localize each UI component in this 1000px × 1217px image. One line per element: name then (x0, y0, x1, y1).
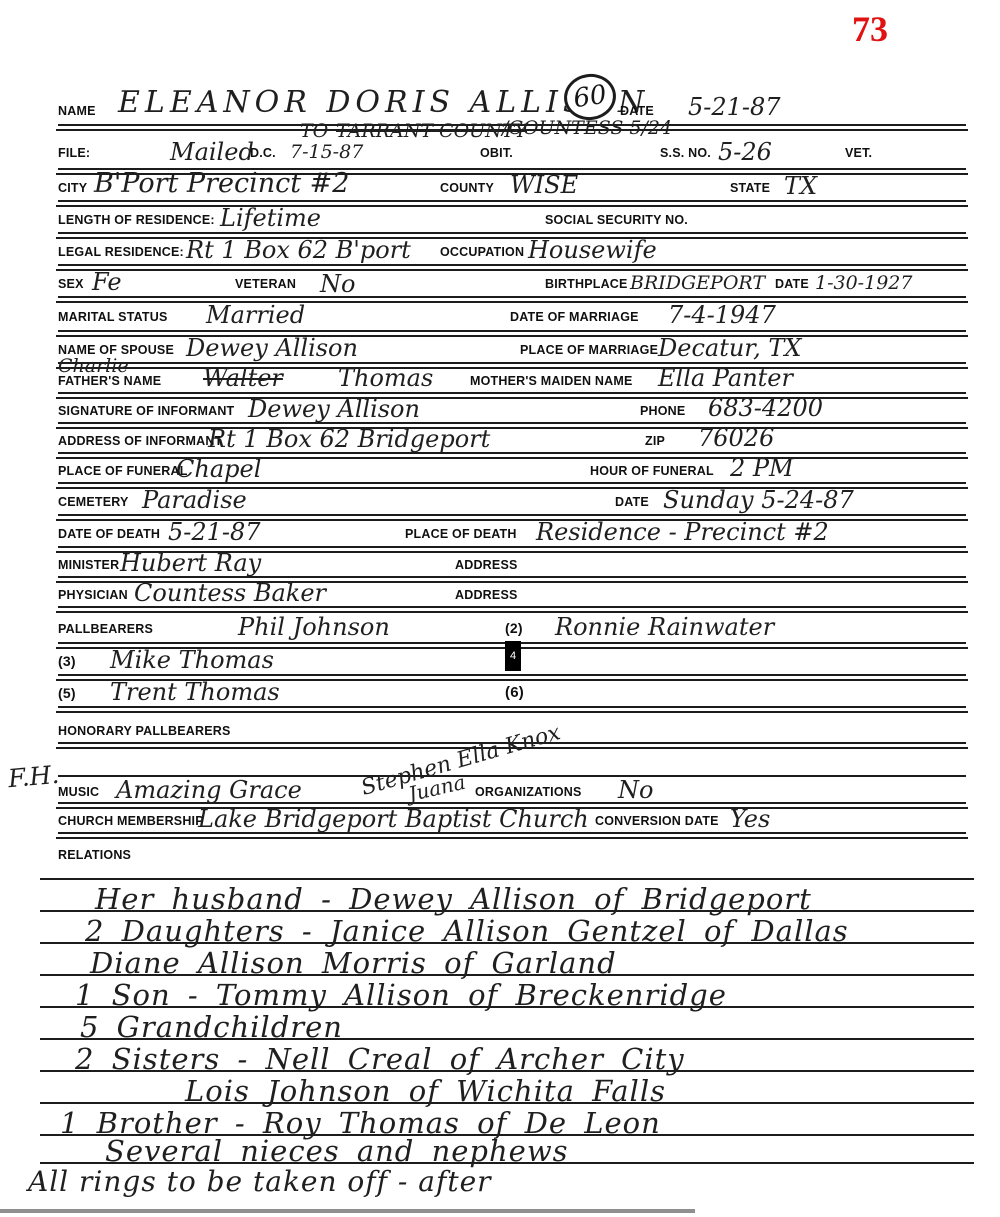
pallbearer-5-number: (5) (58, 685, 76, 701)
field-city-row: CITY B'Port Precinct #2 COUNTY Wise STAT… (58, 170, 966, 202)
physician-address-label: ADDRESS (455, 588, 518, 602)
pallbearer-1: Phil Johnson (238, 615, 390, 639)
church-value: Lake Bridgeport Baptist Church (198, 807, 589, 831)
informant-sig-label: SIGNATURE OF INFORMANT (58, 404, 234, 418)
bottom-note: All rings to be taken off - after (28, 1168, 492, 1196)
birthdate-value: 1-30-1927 (815, 274, 912, 293)
physician-value: Countess Baker (134, 581, 326, 605)
cemetery-label: CEMETERY (58, 495, 129, 509)
spouse-value: Dewey Allison (186, 336, 358, 360)
father-struck: Walter (203, 366, 283, 390)
relation-line: Lois Johnson of Wichita Falls (40, 1070, 974, 1104)
cemetery-value: Paradise (142, 488, 247, 512)
minister-value: Hubert Ray (120, 551, 261, 575)
obit-label: OBIT. (480, 146, 513, 160)
sex-value: Fe (92, 270, 122, 294)
phone-value: 683-4200 (708, 396, 823, 420)
funeral-place-label: PLACE OF FUNERAL (58, 464, 188, 478)
redaction-mark: 4 (505, 641, 521, 671)
informant-addr-label: ADDRESS OF INFORMANT (58, 434, 222, 448)
name-date-label: DATE (620, 104, 654, 118)
name-label: NAME (58, 104, 96, 118)
field-music-row: MUSIC Amazing Grace ORGANIZATIONS No (58, 780, 966, 804)
field-sex-row: SEX Fe VETERAN No BIRTHPLACE Bridgeport … (58, 270, 966, 298)
organizations-value: No (618, 778, 653, 802)
field-informant-signature-row: SIGNATURE OF INFORMANT Dewey Allison PHO… (58, 398, 966, 424)
death-place-value: Residence - Precinct #2 (536, 520, 829, 544)
music-value: Amazing Grace (116, 778, 302, 802)
legal-label: LEGAL RESIDENCE: (58, 245, 184, 259)
conversion-value: Yes (730, 807, 770, 831)
length-value: Lifetime (220, 206, 321, 230)
pallbearer-3: Mike Thomas (110, 648, 274, 672)
phone-label: PHONE (640, 404, 685, 418)
state-value: TX (784, 174, 817, 198)
city-value: B'Port Precinct #2 (94, 170, 350, 197)
ssn-label: S.S. NO. (660, 146, 711, 160)
field-spouse-row: NAME OF SPOUSE Dewey Allison PLACE OF MA… (58, 336, 966, 364)
honorary-label: HONORARY PALLBEARERS (58, 724, 231, 738)
vet-label: VET. (845, 146, 872, 160)
field-pallbearers-row-2: (3) Mike Thomas 4 (58, 648, 966, 676)
music-label: MUSIC (58, 785, 99, 799)
mother-label: MOTHER'S MAIDEN NAME (470, 374, 633, 388)
pallbearer-6-number: (6) (505, 684, 524, 701)
death-date-label: DATE OF DEATH (58, 527, 160, 541)
field-file-row: FILE: Mailed To Tarrant County /Countess… (58, 128, 966, 170)
dc-value: 7-15-87 (290, 143, 363, 162)
marriage-date-label: DATE OF MARRIAGE (510, 310, 639, 324)
occupation-value: Housewife (528, 238, 657, 262)
ssn-value: 5-26 (718, 140, 772, 164)
zip-label: ZIP (645, 434, 665, 448)
field-legal-row: LEGAL RESIDENCE: Rt 1 Box 62 B'port OCCU… (58, 238, 966, 266)
informant-sig-value: Dewey Allison (248, 397, 420, 421)
conversion-label: CONVERSION DATE (595, 814, 719, 828)
field-cemetery-row: CEMETERY Paradise DATE Sunday 5-24-87 (58, 488, 966, 516)
field-informant-address-row: ADDRESS OF INFORMANT Rt 1 Box 62 Bridgep… (58, 428, 966, 454)
relation-line: Diane Allison Morris of Garland (40, 942, 974, 976)
pallbearers-label: PALLBEARERS (58, 622, 153, 636)
father-label: FATHER'S NAME (58, 374, 161, 388)
pallbearer-5: Trent Thomas (110, 680, 280, 704)
state-label: STATE (730, 181, 770, 195)
county-label: COUNTY (440, 181, 494, 195)
file-note-suffix: /Countess 5/24 (502, 119, 672, 138)
church-label: CHURCH MEMBERSHIP (58, 814, 204, 828)
minister-label: MINISTER (58, 558, 119, 572)
field-physician-row: PHYSICIAN Countess Baker ADDRESS (58, 580, 966, 608)
physician-label: PHYSICIAN (58, 588, 128, 602)
pallbearer-2: Ronnie Rainwater (555, 615, 774, 639)
cemetery-date-label: DATE (615, 495, 649, 509)
field-pallbearers-row-3: (5) Trent Thomas (6) (58, 680, 966, 708)
funeral-place-value: Chapel (176, 457, 261, 481)
marital-label: MARITAL STATUS (58, 310, 168, 324)
occupation-label: OCCUPATION (440, 245, 524, 259)
birthdate-label: DATE (775, 277, 809, 291)
pallbearer-3-number: (3) (58, 653, 76, 669)
sex-label: SEX (58, 277, 84, 291)
marriage-place-label: PLACE OF MARRIAGE (520, 343, 658, 357)
dc-label: D.C. (250, 146, 276, 160)
death-date-value: 5-21-87 (168, 520, 261, 544)
field-pallbearers-row-1: PALLBEARERS Phil Johnson (2) Ronnie Rain… (58, 612, 966, 644)
field-marital-row: MARITAL STATUS Married DATE OF MARRIAGE … (58, 302, 966, 332)
relation-line: 5 Grandchildren (40, 1006, 974, 1040)
file-note-prefix: To (300, 122, 328, 141)
veteran-value: No (320, 272, 355, 296)
ssn2-label: SOCIAL SECURITY NO. (545, 213, 688, 227)
father-surname: Thomas (338, 366, 433, 390)
relation-line: 2 Sisters - Nell Creal of Archer City (40, 1038, 974, 1072)
relation-line: Her husband - Dewey Allison of Bridgepor… (40, 878, 974, 912)
relation-line: 1 Brother - Roy Thomas of De Leon (40, 1102, 974, 1136)
minister-address-label: ADDRESS (455, 558, 518, 572)
margin-note-fh: F.H. (7, 762, 60, 791)
organizations-label: ORGANIZATIONS (475, 785, 582, 799)
file-label: FILE: (58, 146, 90, 160)
birthplace-label: BIRTHPLACE (545, 277, 628, 291)
legal-value: Rt 1 Box 62 B'port (186, 238, 411, 262)
scan-edge-line (0, 1209, 695, 1213)
birthplace-value: Bridgeport (630, 274, 765, 293)
marriage-date-value: 7-4-1947 (668, 303, 776, 327)
relations-label: RELATIONS (58, 848, 131, 862)
length-label: LENGTH OF RESIDENCE: (58, 213, 215, 227)
relation-text-9: Several nieces and nephews (105, 1137, 569, 1166)
funeral-hour-label: HOUR OF FUNERAL (590, 464, 714, 478)
relation-line: 2 Daughters - Janice Allison Gentzel of … (40, 910, 974, 944)
name-date-value: 5-21-87 (688, 95, 781, 119)
page-number: 73 (852, 8, 888, 50)
zip-value: 76026 (698, 426, 774, 450)
cemetery-date-value: Sunday 5-24-87 (663, 488, 854, 512)
field-minister-row: MINISTER Hubert Ray ADDRESS (58, 552, 966, 578)
field-church-row: CHURCH MEMBERSHIP Lake Bridgeport Baptis… (58, 808, 966, 834)
funeral-hour-value: 2 PM (730, 456, 794, 480)
informant-addr-value: Rt 1 Box 62 Bridgeport (208, 427, 490, 451)
marriage-place-value: Decatur, TX (658, 336, 801, 360)
relation-line: Several nieces and nephews (40, 1134, 974, 1164)
mother-value: Ella Panter (658, 366, 793, 390)
field-length-row: LENGTH OF RESIDENCE: Lifetime SOCIAL SEC… (58, 206, 966, 234)
file-value: Mailed (170, 140, 254, 164)
field-funeral-place-row: PLACE OF FUNERAL Chapel HOUR OF FUNERAL … (58, 458, 966, 484)
field-death-row: DATE OF DEATH 5-21-87 PLACE OF DEATH Res… (58, 520, 966, 548)
veteran-label: VETERAN (235, 277, 296, 291)
county-value: Wise (510, 173, 578, 197)
relation-line: 1 Son - Tommy Allison of Breckenridge (40, 974, 974, 1008)
death-place-label: PLACE OF DEATH (405, 527, 517, 541)
city-label: CITY (58, 181, 87, 195)
field-father-row: Charlie FATHER'S NAME Walter Thomas MOTH… (58, 366, 966, 394)
pallbearer-2-number: (2) (505, 620, 523, 636)
marital-value: Married (206, 303, 305, 327)
file-note-struck: Tarrant County (336, 122, 527, 141)
funeral-record-form: 73 NAME Eleanor Doris Allison 60 DATE 5-… (0, 0, 1000, 1217)
